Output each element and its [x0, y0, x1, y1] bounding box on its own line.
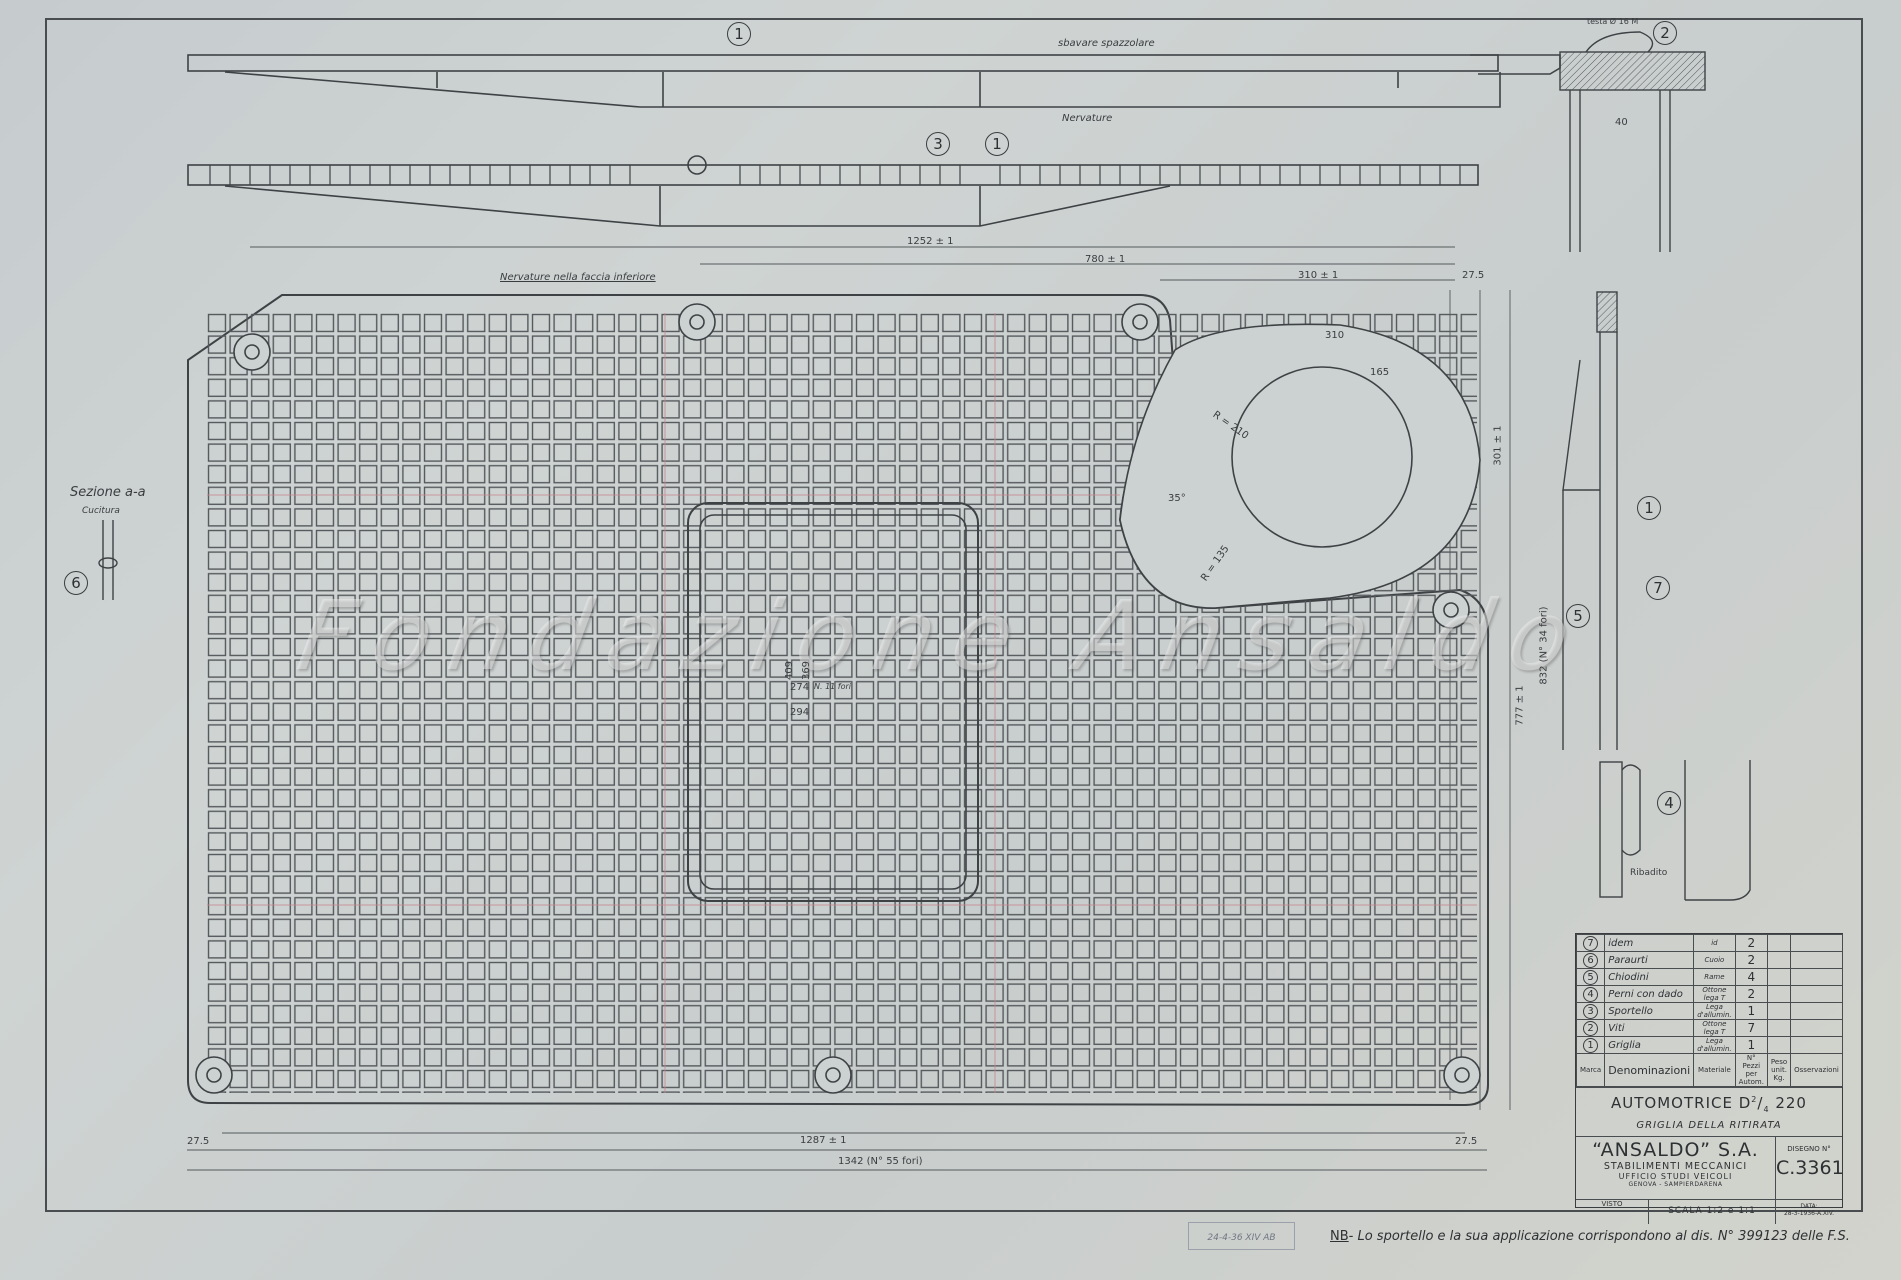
section-aa-title: Sezione a-a: [70, 485, 146, 500]
company-location: GENOVA - SAMPIERDARENA: [1576, 1181, 1775, 1188]
dim-1342: 1342 (N° 55 fori): [838, 1156, 923, 1167]
title-block: 7idemid2 6ParaurtiCuoio2 5ChiodiniRame4 …: [1575, 933, 1843, 1208]
door-dim-369: 369: [801, 661, 812, 680]
company-division: STABILIMENTI MECCANICI: [1576, 1161, 1775, 1172]
lid-dim-310: 310: [1325, 330, 1344, 341]
dim-1287: 1287 ± 1: [800, 1135, 847, 1146]
drawing-subject: GRIGLIA DELLA RITIRATA: [1576, 1120, 1842, 1131]
part-bubble-6: 6: [64, 571, 88, 595]
dim-27-5-top: 27.5: [1462, 270, 1484, 281]
section-aa-callout: Cucitura: [82, 506, 120, 516]
part-bubble-5: 5: [1566, 604, 1590, 628]
bolt-head-label: testa Ø 16 M: [1587, 17, 1638, 26]
dim-27-5-left: 27.5: [187, 1136, 209, 1147]
part-bubble-1-section: 1: [985, 132, 1009, 156]
dim-301: 301 ± 1: [1493, 425, 1504, 465]
vehicle-title: AUTOMOTRICE D2/4 220: [1576, 1094, 1842, 1114]
parts-row: 7idemid2: [1577, 935, 1843, 952]
company-section: “ANSALDO” S.A. STABILIMENTI MECCANICI UF…: [1576, 1136, 1842, 1199]
dim-1252: 1252 ± 1: [907, 236, 954, 247]
parts-row: 3SportelloLega d'allumin.1: [1577, 1003, 1843, 1020]
part-bubble-4: 4: [1657, 791, 1681, 815]
door-dim-294: 294: [790, 707, 809, 718]
company-name: “ANSALDO” S.A.: [1576, 1139, 1775, 1161]
lid-dim-165: 165: [1370, 367, 1389, 378]
dim-310: 310 ± 1: [1298, 270, 1338, 281]
parts-row: 6ParaurtiCuoio2: [1577, 952, 1843, 969]
part-bubble-1-top: 1: [727, 22, 751, 46]
door-dim-274: 274: [790, 682, 809, 693]
date-value: 28-3-1936-A.XIV.: [1776, 1210, 1842, 1217]
footer-note: NB- Lo sportello e la sua applicazione c…: [1330, 1229, 1850, 1244]
parts-row: 1GrigliaLega d'allumin.1: [1577, 1037, 1843, 1054]
parts-row: 2VitiOttone lega T7: [1577, 1020, 1843, 1037]
callout-deburr: sbavare spazzolare: [1058, 38, 1155, 49]
dim-832: 832 (N° 34 fori): [1539, 606, 1550, 684]
scale-value: SCALA 1:2 e 1:1: [1649, 1200, 1776, 1224]
parts-header: MarcaDenominazioniMaterialeN° Pezzi per …: [1577, 1054, 1843, 1087]
dim-780: 780 ± 1: [1085, 254, 1125, 265]
bolt-dim-40: 40: [1615, 117, 1628, 128]
company-office: UFFICIO STUDI VEICOLI: [1576, 1172, 1775, 1181]
part-bubble-2: 2: [1653, 21, 1677, 45]
door-dim-409: 409: [784, 661, 795, 680]
title-section: AUTOMOTRICE D2/4 220 GRIGLIA DELLA RITIR…: [1576, 1087, 1842, 1136]
callout-ribs: Nervature: [1062, 113, 1112, 124]
door-holes-11: N. 11 fori: [814, 682, 851, 691]
dim-777: 777 ± 1: [1515, 685, 1526, 725]
dim-27-5-right: 27.5: [1455, 1136, 1477, 1147]
visto-label: VISTO: [1576, 1200, 1649, 1224]
scale-date-section: VISTO SCALA 1:2 e 1:1 DATA: 28-3-1936-A.…: [1576, 1199, 1842, 1224]
parts-row: 5ChiodiniRame4: [1577, 969, 1843, 986]
rivet-callout: Ribadito: [1630, 868, 1667, 878]
archive-stamp: 24-4-36 XIV AB: [1188, 1222, 1295, 1250]
lid-angle: 35°: [1168, 493, 1186, 504]
nb-label: NB: [1330, 1229, 1349, 1244]
part-bubble-3: 3: [926, 132, 950, 156]
drawing-number: C.3361: [1776, 1157, 1842, 1179]
parts-list: 7idemid2 6ParaurtiCuoio2 5ChiodiniRame4 …: [1576, 934, 1843, 1087]
nb-text: - Lo sportello e la sua applicazione cor…: [1349, 1229, 1850, 1244]
date-cell: DATA: 28-3-1936-A.XIV.: [1776, 1200, 1842, 1224]
callout-ribs-underside: Nervature nella faccia inferiore: [500, 272, 656, 283]
date-label: DATA:: [1776, 1203, 1842, 1210]
part-bubble-7: 7: [1646, 576, 1670, 600]
part-bubble-1-side: 1: [1637, 496, 1661, 520]
drawing-number-label: DISEGNO N°: [1776, 1145, 1842, 1153]
parts-row: 4Perni con dadoOttone lega T2: [1577, 986, 1843, 1003]
